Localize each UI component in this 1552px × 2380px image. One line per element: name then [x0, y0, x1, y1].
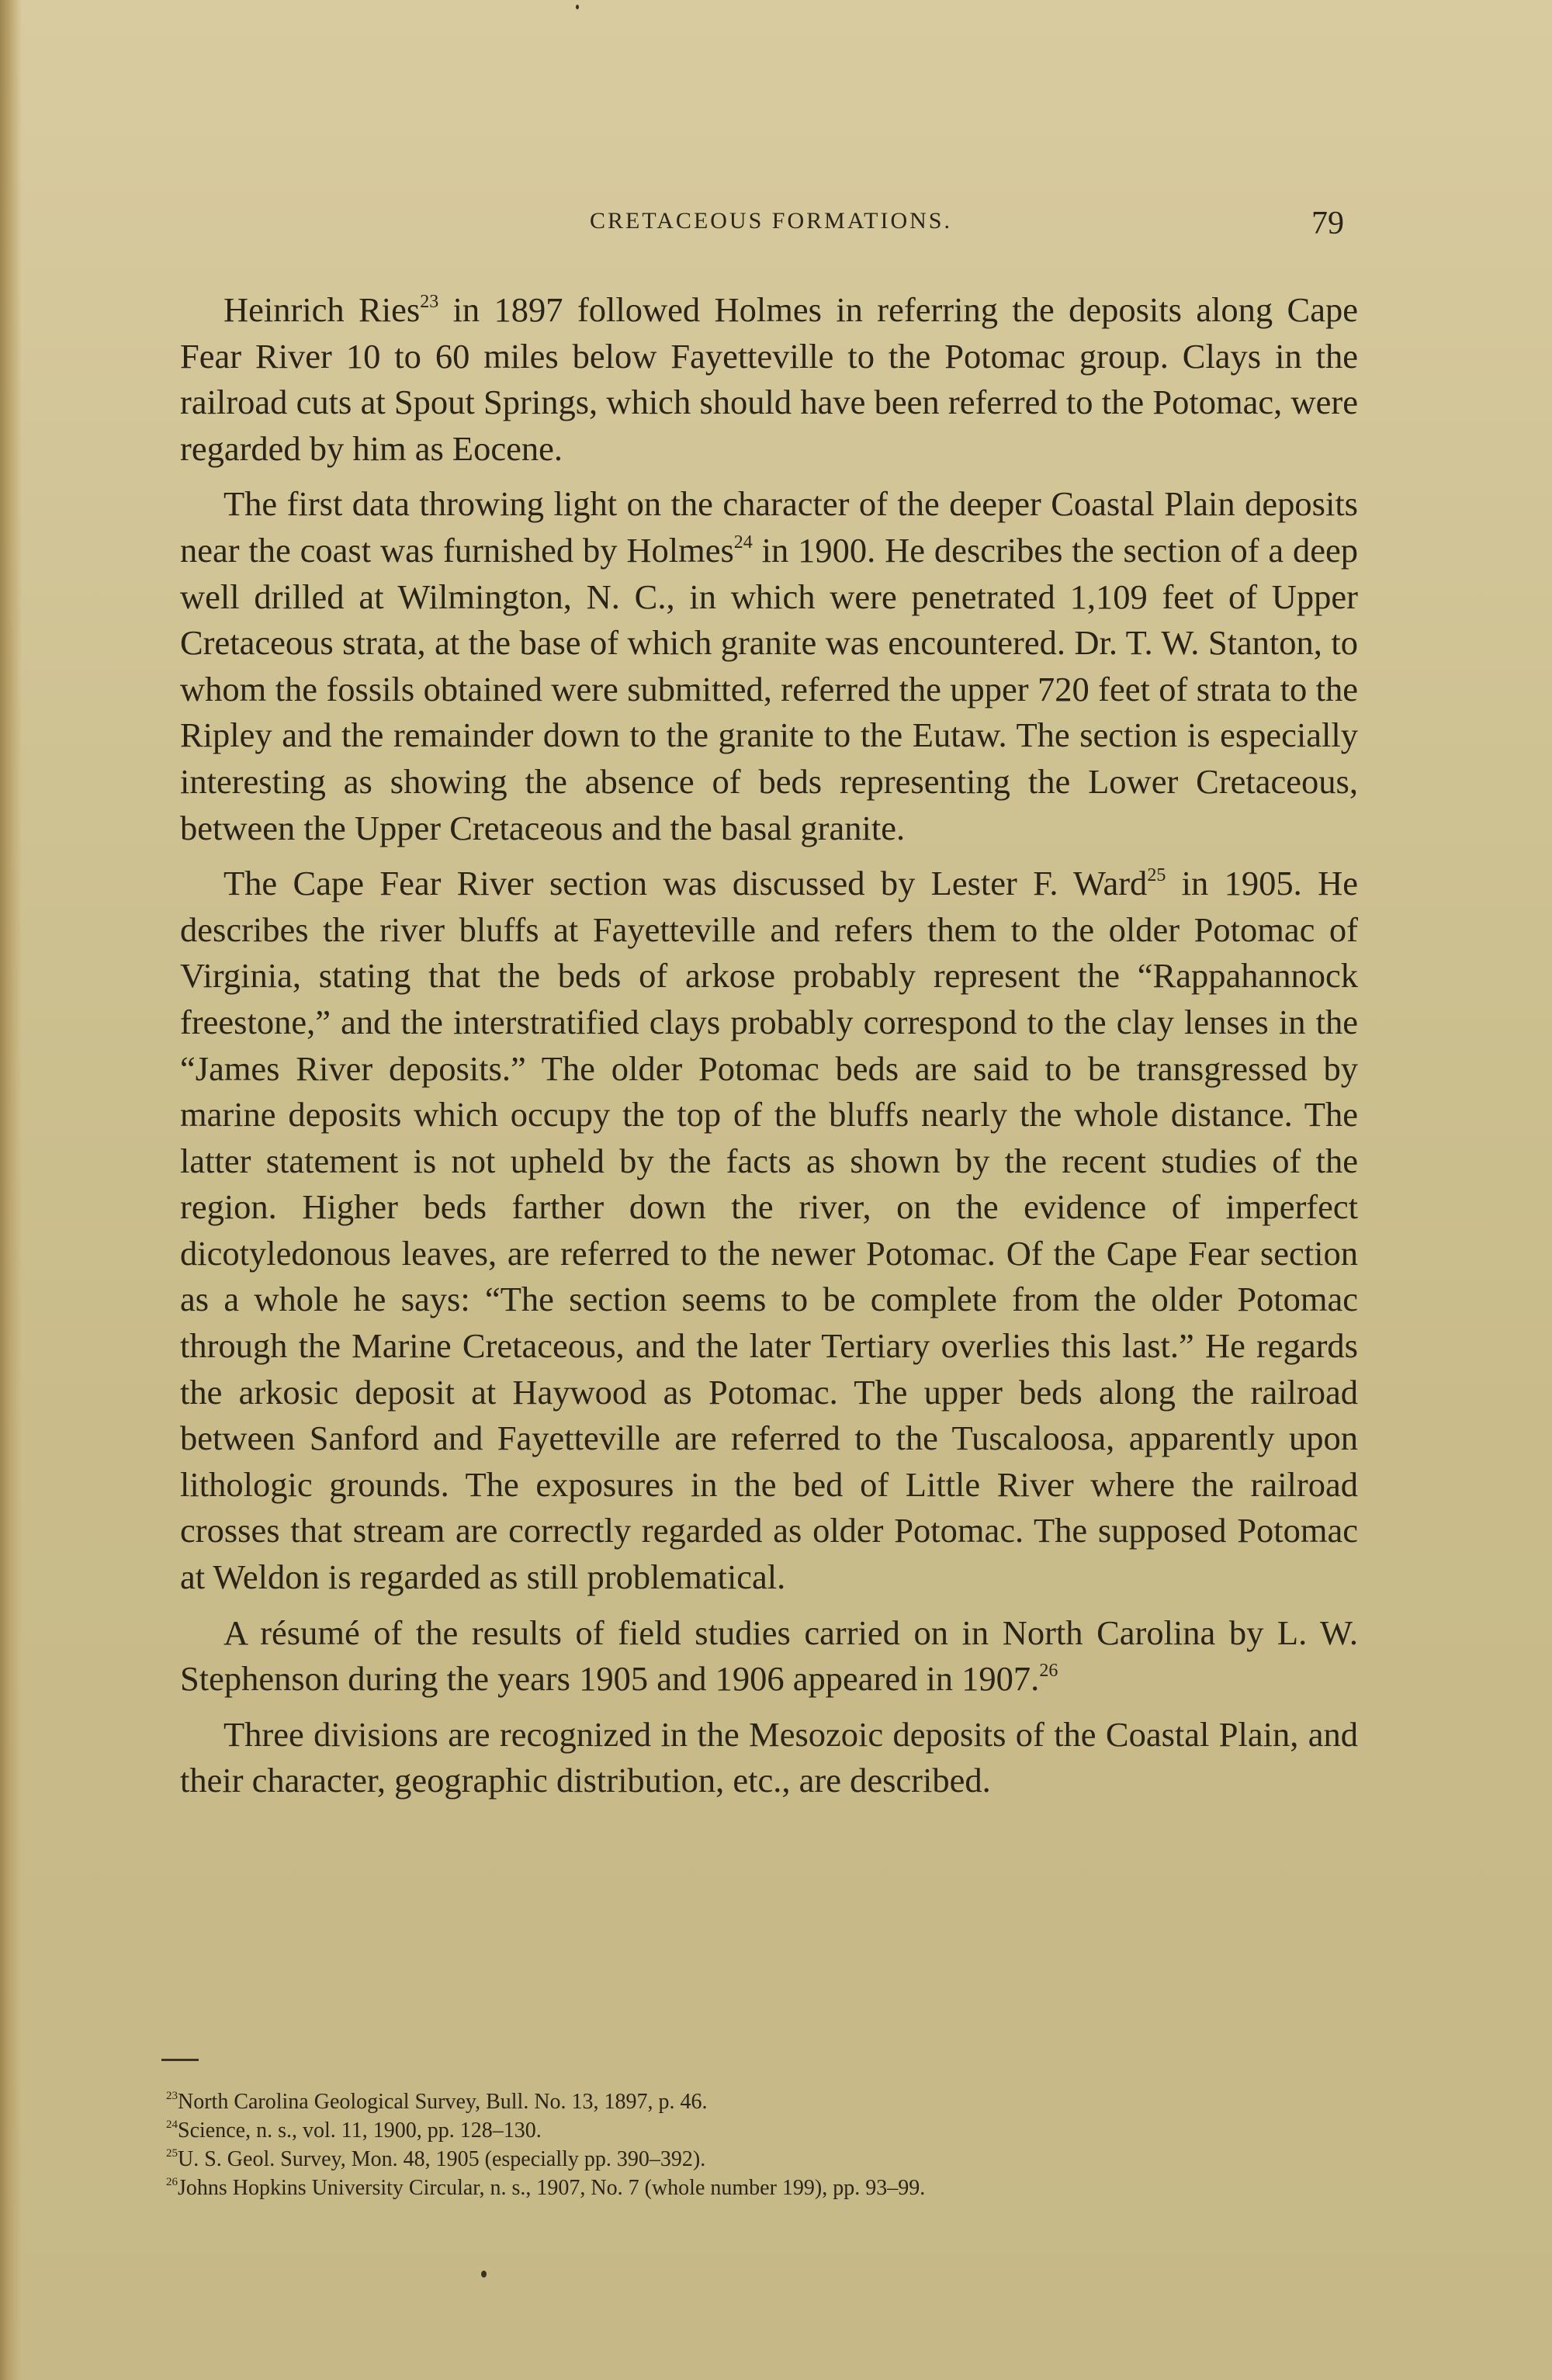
paragraph: The first data throwing light on the cha… — [180, 481, 1358, 851]
footnote-text: U. S. Geol. Survey, Mon. 48, 1905 (espec… — [178, 2147, 705, 2171]
footnote-number: 25 — [166, 2147, 178, 2160]
running-head: CRETACEOUS FORMATIONS. — [590, 208, 952, 234]
footnote-ref[interactable]: 23 — [420, 292, 438, 312]
footnote-item: 25U. S. Geol. Survey, Mon. 48, 1905 (esp… — [166, 2145, 1330, 2174]
paragraph: A résumé of the results of field studies… — [180, 1610, 1358, 1703]
paper-speck — [481, 2271, 487, 2278]
paragraph-text: Heinrich Ries — [223, 290, 420, 329]
paragraph: Heinrich Ries23 in 1897 followed Holmes … — [180, 287, 1358, 472]
footnote-item: 23North Carolina Geological Survey, Bull… — [166, 2087, 1330, 2116]
body-text: Heinrich Ries23 in 1897 followed Holmes … — [180, 287, 1358, 1814]
paper-speck — [576, 5, 579, 9]
paragraph-text: in 1905. He describes the river bluffs a… — [180, 864, 1358, 1596]
footnote-text: Science, n. s., vol. 11, 1900, pp. 128–1… — [178, 2118, 542, 2143]
footnote-item: 24Science, n. s., vol. 11, 1900, pp. 128… — [166, 2116, 1330, 2145]
footnote-divider — [161, 2059, 199, 2061]
page-number: 79 — [1311, 205, 1344, 242]
binding-shadow — [0, 0, 22, 2380]
footnotes: 23North Carolina Geological Survey, Bull… — [166, 2087, 1330, 2202]
footnote-ref[interactable]: 24 — [734, 532, 753, 553]
paragraph-text: A résumé of the results of field studies… — [180, 1613, 1358, 1699]
paragraph-text: The Cape Fear River section was discusse… — [223, 864, 1147, 902]
paragraph-text: in 1900. He describes the section of a d… — [180, 531, 1358, 847]
paragraph: Three divisions are recognized in the Me… — [180, 1712, 1358, 1804]
footnote-number: 26 — [166, 2176, 178, 2188]
footnote-ref[interactable]: 26 — [1039, 1661, 1058, 1681]
footnote-item: 26Johns Hopkins University Circular, n. … — [166, 2174, 1330, 2202]
paragraph-text: Three divisions are recognized in the Me… — [180, 1715, 1358, 1800]
footnote-number: 23 — [166, 2090, 178, 2102]
footnote-number: 24 — [166, 2118, 178, 2131]
footnote-text: Johns Hopkins University Circular, n. s.… — [178, 2176, 925, 2200]
footnote-ref[interactable]: 25 — [1147, 865, 1166, 885]
paragraph: The Cape Fear River section was discusse… — [180, 861, 1358, 1601]
footnote-text: North Carolina Geological Survey, Bull. … — [178, 2090, 708, 2114]
